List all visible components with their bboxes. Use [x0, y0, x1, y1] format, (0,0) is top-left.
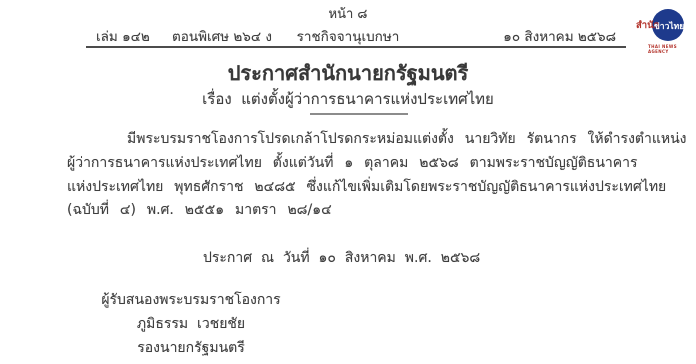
body-line: (ฉบับที่ ๔) พ.ศ. ๒๕๕๑ มาตรา ๒๘/๑๔: [67, 199, 332, 221]
body-line: มีพระบรมราชโองการโปรดเกล้าโปรดกระหม่อมแต…: [67, 128, 687, 150]
proclamation-date-line: ประกาศ ณ วันที่ ๑๐ สิงหาคม พ.ศ. ๒๕๖๘: [203, 247, 480, 269]
countersign-title: รองนายกรัฐมนตรี: [88, 336, 294, 360]
gazette-document-page: หน้า ๘ เล่ม ๑๔๒ ตอนพิเศษ ๒๖๔ ง ราชกิจจาน…: [0, 0, 696, 364]
logo-text-part2: ข่าวไทย: [654, 19, 684, 33]
announcement-title: ประกาศสำนักนายกรัฐมนตรี: [0, 57, 696, 89]
page-number-label: หน้า ๘: [0, 3, 696, 24]
countersign-label: ผู้รับสนองพระบรมราชโองการ: [88, 288, 294, 312]
body-line: ผู้ว่าการธนาคารแห่งประเทศไทย ตั้งแต่วันท…: [67, 152, 638, 174]
announcement-subject: เรื่อง แต่งตั้งผู้ว่าการธนาคารแห่งประเทศ…: [0, 87, 696, 111]
logo-tagline: THAI NEWS AGENCY: [648, 44, 694, 54]
thai-news-agency-logo: สำนัก ข่าวไทย THAI NEWS AGENCY: [636, 8, 694, 54]
header-divider-rule: [86, 46, 626, 48]
body-line: แห่งประเทศไทย พุทธศักราช ๒๔๘๕ ซึ่งแก้ไขเ…: [67, 176, 666, 198]
countersignature-block: ผู้รับสนองพระบรมราชโองการ ภูมิธรรม เวชยช…: [88, 288, 294, 360]
issue-date: ๑๐ สิงหาคม ๒๕๖๘: [503, 25, 616, 47]
title-divider-rule: [310, 113, 408, 115]
countersign-name: ภูมิธรรม เวชยชัย: [88, 312, 294, 336]
